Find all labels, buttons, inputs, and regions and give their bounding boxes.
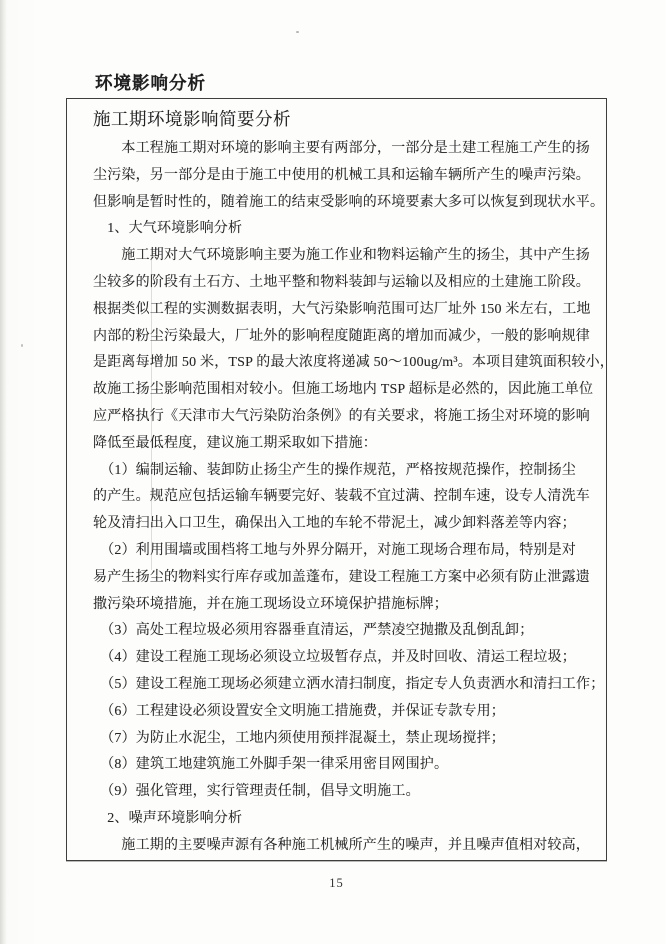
- text-line: （2）利用围墙或围档将工地与外界分隔开，对施工现场合理布局，特别是对: [93, 538, 598, 565]
- scan-edge-artifact: [0, 0, 7, 944]
- box-title: 施工期环境影响简要分析: [93, 103, 598, 136]
- text-line: （6）工程建设必须设置安全文明施工措施费，并保证专款专用；: [93, 699, 598, 726]
- section-title: 环境影响分析: [95, 70, 206, 95]
- text-line: 本工程施工期对环境的影响主要有两部分，一部分是土建工程施工产生的扬: [93, 136, 598, 163]
- text-line: 降低至最低程度，建议施工期采取如下措施：: [93, 431, 598, 458]
- text-line: （8）建筑工地建筑施工外脚手架一律采用密目网围护。: [93, 752, 598, 779]
- text-line: （5）建设工程施工现场必须建立洒水清扫制度，指定专人负责洒水和清扫工作；: [93, 672, 598, 699]
- text-line: 内部的粉尘污染最大，厂址外的影响程度随距离的增加而减少，一般的影响规律: [93, 324, 598, 351]
- text-line: 轮及清扫出入口卫生，确保出入工地的车轮不带泥土，减少卸料落差等内容；: [93, 511, 598, 538]
- text-line: 的产生。规范应包括运输车辆要完好、装载不宜过满、控制车速，设专人清洗车: [93, 484, 598, 511]
- text-line: 根据类似工程的实测数据表明，大气污染影响范围可达厂址外 150 米左右，工地: [93, 297, 598, 324]
- text-line: 2、噪声环境影响分析: [93, 806, 598, 833]
- text-line: 故施工扬尘影响范围相对较小。但施工场地内 TSP 超标是必然的，因此施工单位: [93, 377, 598, 404]
- text-line: （9）强化管理，实行管理责任制，倡导文明施工。: [93, 779, 598, 806]
- text-line: （1）编制运输、装卸防止扬尘产生的操作规范，严格按规范操作，控制扬尘: [93, 458, 598, 485]
- page-number: 15: [66, 876, 607, 891]
- text-line: 易产生扬尘的物料实行库存或加盖蓬布，建设工程施工方案中必须有防止泄露遗: [93, 565, 598, 592]
- text-line: （3）高处工程垃圾必须用容器垂直清运，严禁凌空抛撒及乱倒乱卸；: [93, 618, 598, 645]
- text-line: 尘污染，另一部分是由于施工中使用的机械工具和运输车辆所产生的噪声污染。: [93, 163, 598, 190]
- text-line: （4）建设工程施工现场必须设立垃圾暂存点，并及时回收、清运工程垃圾；: [93, 645, 598, 672]
- text-line: 应严格执行《天津市大气污染防治条例》的有关要求，将施工扬尘对环境的影响: [93, 404, 598, 431]
- text-line: 是距离每增加 50 米，TSP 的最大浓度将递减 50～100ug/m³。本项目…: [93, 350, 598, 377]
- document-page: 环境影响分析 施工期环境影响简要分析 本工程施工期对环境的影响主要有两部分，一部…: [0, 0, 666, 944]
- text-line: 施工期的主要噪声源有各种施工机械所产生的噪声，并且噪声值相对较高，: [93, 833, 598, 860]
- scan-speck: [296, 31, 299, 33]
- text-line: 施工期对大气环境影响主要为施工作业和物料运输产生的扬尘，其中产生扬: [93, 243, 598, 270]
- text-line: （7）为防止水泥尘，工地内须使用预拌混凝土，禁止现场搅拌；: [93, 726, 598, 753]
- text-line: 撒污染环境措施，并在施工现场设立环境保护措施标牌；: [93, 592, 598, 619]
- analysis-box: 施工期环境影响简要分析 本工程施工期对环境的影响主要有两部分，一部分是土建工程施…: [66, 98, 607, 861]
- scan-speck: [21, 344, 23, 347]
- text-line: 尘较多的阶段有土石方、土地平整和物料装卸与运输以及相应的土建施工阶段。: [93, 270, 598, 297]
- text-line: 但影响是暂时性的，随着施工的结束受影响的环境要素大多可以恢复到现状水平。: [93, 190, 598, 217]
- text-line: 1、大气环境影响分析: [93, 216, 598, 243]
